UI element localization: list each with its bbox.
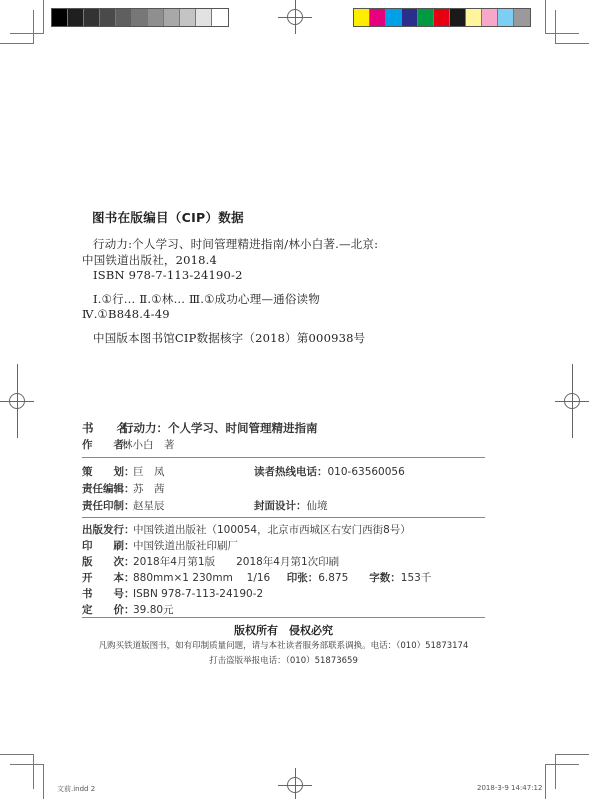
cip-line-record-number: 中国版本图书馆CIP数据核字（2018）第000938号 [93,330,365,346]
grayscale-swatch [100,9,116,26]
cover-design-label: 封面设计： [254,498,307,513]
price-label: 定 价： [82,602,133,617]
registration-mark-right [555,364,589,438]
book-title-value: 行动力：个人学习、时间管理精进指南 [122,421,318,435]
editor-label: 责任编辑： [82,481,133,496]
publisher-label: 出版发行： [82,522,133,537]
print-manager-row: 责任印制：赵星辰 [82,498,165,513]
book-author-label: 作 者： [82,437,122,452]
grayscale-swatch [68,9,84,26]
cip-line-subjects: Ⅰ.①行… Ⅱ.①林… Ⅲ.①成功心理—通俗读物 [93,291,320,307]
printer-row: 印 刷：中国铁道出版社印刷厂 [82,538,238,553]
book-author-value: 林小白 著 [122,439,175,451]
slug-timestamp: 2018-3-9 14:47:12 [477,784,542,792]
grayscale-swatch [180,9,196,26]
sheets-value: 6.875 [318,572,369,584]
editor-row: 责任编辑：苏 茜 [82,481,165,496]
planner-row: 策 划：巨 凤 [82,464,165,479]
edition-row: 版 次：2018年4月第1版 2018年4月第1次印刷 [82,554,339,569]
process-swatch [450,9,466,26]
print-manager-label: 责任印制： [82,498,133,513]
book-title-row: 书 名：行动力：个人学习、时间管理精进指南 [82,420,318,436]
process-swatch [514,9,530,26]
process-swatch [418,9,434,26]
hotline-row: 读者热线电话：010-63560056 [254,464,405,479]
words-value: 153千 [401,572,432,584]
edition-value: 2018年4月第1版 2018年4月第1次印刷 [133,556,339,568]
cip-heading: 图书在版编目（CIP）数据 [92,208,244,226]
process-swatch [370,9,386,26]
grayscale-swatch [148,9,164,26]
format-row: 开 本：880mm×1 230mm 1/16 印张：6.875 字数：153千 [82,570,431,585]
registration-mark-top [278,0,312,34]
piracy-hotline: 打击盗版举报电话：（010）51873659 [82,654,485,666]
quality-notice: 凡购买铁道版图书，如有印制质量问题，请与本社读者服务部联系调换。电话：（010）… [82,639,485,651]
process-swatch [434,9,450,26]
cip-line-publisher: 中国铁道出版社，2018.4 [82,252,217,268]
isbn-value: ISBN 978-7-113-24190-2 [133,588,263,600]
process-color-bar [353,8,531,27]
printer-value: 中国铁道出版社印刷厂 [133,540,238,552]
planner-value: 巨 凤 [133,466,165,478]
book-author-row: 作 者：林小白 著 [82,437,175,452]
grayscale-swatch [164,9,180,26]
rights-notice: 版权所有 侵权必究 [82,622,485,638]
price-value: 39.80元 [133,604,174,616]
divider-2 [82,517,485,518]
price-row: 定 价：39.80元 [82,602,174,617]
process-swatch [466,9,482,26]
format-value: 880mm×1 230mm 1/16 [133,572,281,584]
cover-design-value: 仙境 [307,500,328,512]
edition-label: 版 次： [82,554,133,569]
book-title-label: 书 名： [82,420,122,436]
cover-design-row: 封面设计：仙境 [254,498,328,513]
isbn-label: 书 号： [82,586,133,601]
divider-3 [82,617,485,618]
cip-line-classification: Ⅳ.①B848.4-49 [82,307,170,321]
isbn-row: 书 号：ISBN 978-7-113-24190-2 [82,586,263,601]
cip-line-isbn: ISBN 978-7-113-24190-2 [93,268,243,282]
editor-value: 苏 茜 [133,483,165,495]
printer-label: 印 刷： [82,538,133,553]
process-swatch [402,9,418,26]
registration-mark-left [0,364,34,438]
process-swatch [498,9,514,26]
sheets-label: 印张： [287,570,319,585]
grayscale-swatch [84,9,100,26]
grayscale-swatch [196,9,212,26]
print-manager-value: 赵星辰 [133,500,165,512]
planner-label: 策 划： [82,464,133,479]
process-swatch [354,9,370,26]
hotline-label: 读者热线电话： [254,464,328,479]
grayscale-swatch [132,9,148,26]
slug-file-name: 文前.indd 2 [57,784,95,794]
process-swatch [386,9,402,26]
format-label: 开 本： [82,570,133,585]
words-label: 字数： [369,570,401,585]
publisher-row: 出版发行：中国铁道出版社（100054，北京市西城区右安门西街8号） [82,522,411,537]
grayscale-swatch [52,9,68,26]
process-swatch [482,9,498,26]
divider-1 [82,457,485,458]
publisher-value: 中国铁道出版社（100054，北京市西城区右安门西街8号） [133,524,411,536]
grayscale-color-bar [51,8,229,27]
registration-mark-bottom [278,768,312,799]
hotline-value: 010-63560056 [328,466,405,478]
grayscale-swatch [212,9,228,26]
cip-line-title: 行动力:个人学习、时间管理精进指南/林小白著.—北京: [93,236,378,252]
grayscale-swatch [116,9,132,26]
